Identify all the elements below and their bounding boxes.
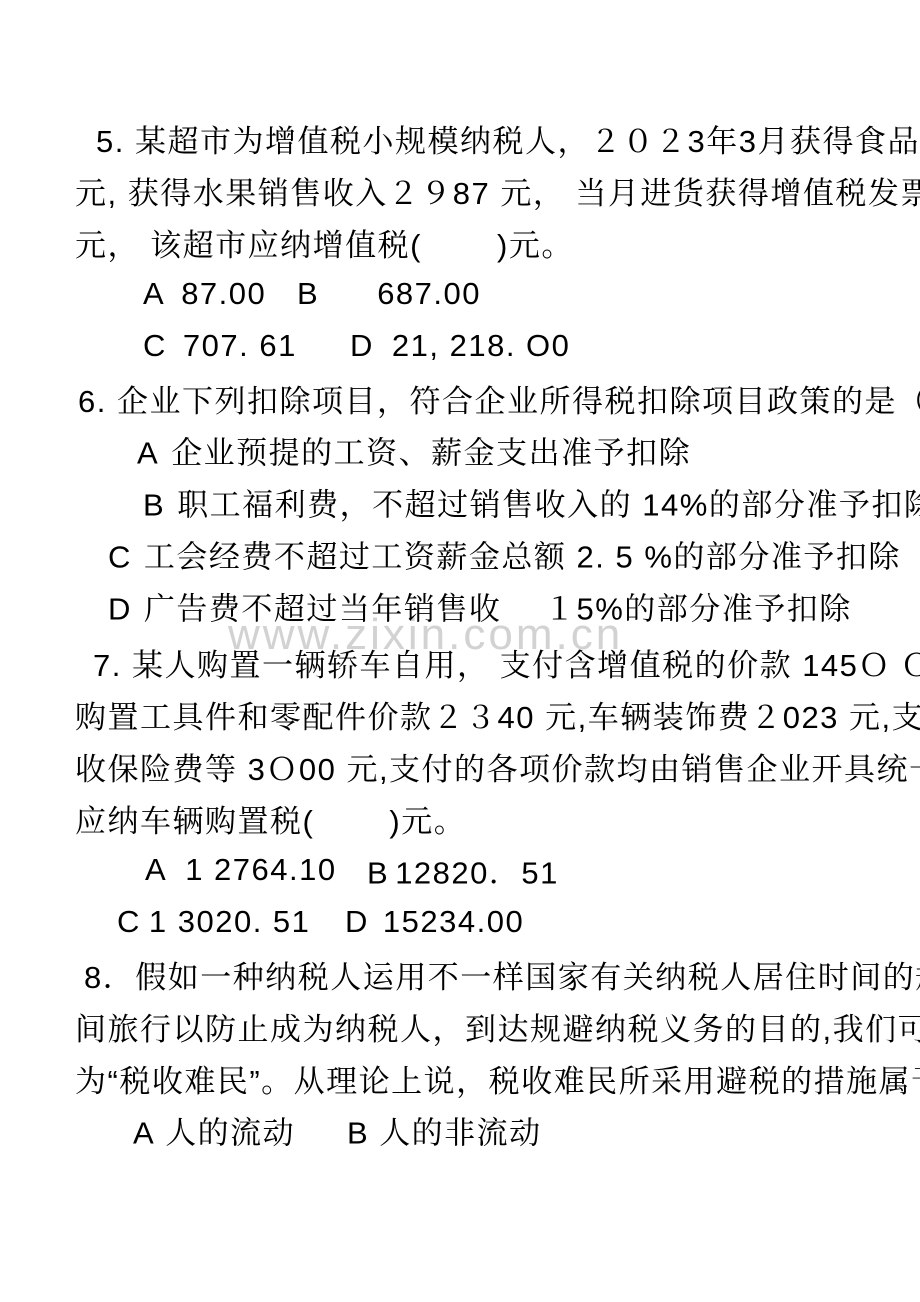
q7-stem-text-1: 7. 某人购置一辆轿车自用， 支付含增值税的价款 145Ｏ Ｏ0 元,另支付 bbox=[93, 640, 920, 685]
q6-option-b-row: B 职工福利费，不超过销售收入的 14%的部分准予扣除 bbox=[0, 476, 920, 528]
q7-stem-line-1: 7. 某人购置一辆轿车自用， 支付含增值税的价款 145Ｏ Ｏ0 元,另支付 bbox=[0, 636, 920, 688]
q5-option-d-label: D bbox=[350, 328, 374, 364]
q6-option-b: B 职工福利费，不超过销售收入的 14%的部分准予扣除 bbox=[143, 480, 920, 525]
document-content: 5. 某超市为增值税小规模纳税人，２０２3年3月获得食品销售收入 20600 元… bbox=[0, 112, 920, 1156]
q5-option-c-value: 707. 61 bbox=[183, 328, 297, 364]
q5-option-c: C 707. 61 bbox=[143, 328, 297, 364]
q6-option-c-label: C bbox=[108, 540, 132, 576]
q5-stem-line-2: 元, 获得水果销售收入２９87 元， 当月进货获得增值税发票注明税款 60Ｏ bbox=[0, 164, 920, 216]
q5-stem-line-1: 5. 某超市为增值税小规模纳税人，２０２3年3月获得食品销售收入 20600 bbox=[0, 112, 920, 164]
q6-stem-line-1: 6. 企业下列扣除项目，符合企业所得税扣除项目政策的是（ ）。 bbox=[0, 372, 920, 424]
q6-option-a: A 企业预提的工资、薪金支出准予扣除 bbox=[137, 428, 691, 473]
q5-option-d: D 21, 218. O0 bbox=[350, 328, 570, 364]
q5-option-a-label: A bbox=[143, 276, 165, 312]
q5-option-b-value: 687.00 bbox=[377, 276, 481, 312]
q8-option-b-label: B bbox=[347, 1116, 369, 1152]
q7-stem-line-2: 购置工具件和零配件价款２３40 元,车辆装饰费２023 元,支付销售企业代 bbox=[0, 688, 920, 740]
q6-option-c-row: C 工会经费不超过工资薪金总额 2. 5 %的部分准予扣除 bbox=[0, 528, 920, 580]
q7-option-b: B 12820．51 bbox=[367, 848, 559, 893]
q7-stem-text-2: 购置工具件和零配件价款２３40 元,车辆装饰费２023 元,支付销售企业代 bbox=[75, 692, 920, 737]
exam-document-page: www.zixin.com.cn 5. 某超市为增值税小规模纳税人，２０２3年3… bbox=[0, 0, 920, 1302]
q8-option-a: A 人的流动 bbox=[133, 1108, 295, 1153]
q8-stem-line-1: 8．假如一种纳税人运用不一样国家有关纳税人居住时间的规定，在各国 bbox=[0, 948, 920, 1000]
q6-stem-text-1: 6. 企业下列扣除项目，符合企业所得税扣除项目政策的是（ ）。 bbox=[78, 376, 920, 421]
q5-option-c-label: C bbox=[143, 328, 167, 364]
q8-option-b-value: 人的非流动 bbox=[379, 1108, 542, 1153]
q7-options-row-2: C 1 3020. 51 D 15234.00 bbox=[0, 896, 920, 948]
q7-option-b-label: B bbox=[367, 856, 389, 892]
q8-stem-text-2: 间旅行以防止成为纳税人，到达规避纳税义务的目的,我们可以把这种人称 bbox=[75, 1004, 920, 1049]
q6-option-d-row: D 广告费不超过当年销售收 １5%的部分准予扣除 bbox=[0, 580, 920, 632]
q7-option-d-value: 15234.00 bbox=[383, 904, 524, 940]
q6-option-a-value: 企业预提的工资、薪金支出准予扣除 bbox=[171, 428, 691, 473]
q5-option-d-value: 21, 218. O0 bbox=[392, 328, 571, 364]
q7-option-b-value: 12820．51 bbox=[395, 848, 559, 893]
q6-option-b-label: B bbox=[143, 488, 165, 524]
q7-stem-text-3: 收保险费等 3Ｏ00 元,支付的各项价款均由销售企业开具统一发票。甲企业 bbox=[75, 744, 920, 789]
q8-option-b: B 人的非流动 bbox=[347, 1108, 542, 1153]
q7-option-a-label: A bbox=[145, 852, 167, 888]
q6-option-a-label: A bbox=[137, 436, 159, 472]
q5-option-b-label: B bbox=[297, 276, 319, 312]
q5-option-a-value: 87.00 bbox=[181, 276, 266, 312]
q8-stem-line-2: 间旅行以防止成为纳税人，到达规避纳税义务的目的,我们可以把这种人称 bbox=[0, 1000, 920, 1052]
q8-option-a-value: 人的流动 bbox=[165, 1108, 295, 1153]
q5-stem-text-3: 元， 该超市应纳增值税( )元。 bbox=[75, 220, 574, 265]
q7-options-row-1: A 1 2764.10 B 12820．51 bbox=[0, 844, 920, 896]
q8-options-row: A 人的流动 B 人的非流动 bbox=[0, 1104, 920, 1156]
q8-stem-text-3: 为“税收难民”。从理论上说，税收难民所采用避税的措施属于( )。 bbox=[75, 1056, 920, 1101]
q6-option-b-value: 职工福利费，不超过销售收入的 14%的部分准予扣除 bbox=[177, 480, 920, 525]
q5-option-a: A 87.00 bbox=[143, 276, 266, 312]
q8-option-a-label: A bbox=[133, 1116, 155, 1152]
q5-stem-line-3: 元， 该超市应纳增值税( )元。 bbox=[0, 216, 920, 268]
q8-stem-line-3: 为“税收难民”。从理论上说，税收难民所采用避税的措施属于( )。 bbox=[0, 1052, 920, 1104]
q7-option-c: C 1 3020. 51 bbox=[117, 904, 310, 940]
q7-option-a-value: 1 2764.10 bbox=[185, 852, 336, 888]
q7-stem-line-4: 应纳车辆购置税( )元。 bbox=[0, 792, 920, 844]
q5-options-row-2: C 707. 61 D 21, 218. O0 bbox=[0, 320, 920, 372]
q6-option-d: D 广告费不超过当年销售收 １5%的部分准予扣除 bbox=[108, 584, 852, 629]
q7-option-c-value: 1 3020. 51 bbox=[149, 904, 311, 940]
q6-option-d-value: 广告费不超过当年销售收 １5%的部分准予扣除 bbox=[144, 584, 852, 629]
q7-option-d: D 15234.00 bbox=[345, 904, 524, 940]
q5-stem-text-2: 元, 获得水果销售收入２９87 元， 当月进货获得增值税发票注明税款 60Ｏ bbox=[75, 168, 920, 213]
q6-option-c-value: 工会经费不超过工资薪金总额 2. 5 %的部分准予扣除 bbox=[144, 532, 901, 577]
q5-stem-text-1: 5. 某超市为增值税小规模纳税人，２０２3年3月获得食品销售收入 20600 bbox=[96, 116, 920, 161]
q7-stem-line-3: 收保险费等 3Ｏ00 元,支付的各项价款均由销售企业开具统一发票。甲企业 bbox=[0, 740, 920, 792]
q5-option-b: B 687.00 bbox=[297, 276, 481, 312]
q7-stem-text-4: 应纳车辆购置税( )元。 bbox=[75, 796, 466, 841]
q6-option-d-label: D bbox=[108, 592, 132, 628]
q7-option-c-label: C bbox=[117, 904, 141, 940]
q5-options-row-1: A 87.00 B 687.00 bbox=[0, 268, 920, 320]
q6-option-c: C 工会经费不超过工资薪金总额 2. 5 %的部分准予扣除 bbox=[108, 532, 901, 577]
q6-option-a-row: A 企业预提的工资、薪金支出准予扣除 bbox=[0, 424, 920, 476]
q7-option-d-label: D bbox=[345, 904, 369, 940]
q7-option-a: A 1 2764.10 bbox=[145, 852, 337, 888]
q8-stem-text-1: 8．假如一种纳税人运用不一样国家有关纳税人居住时间的规定，在各国 bbox=[84, 952, 920, 997]
